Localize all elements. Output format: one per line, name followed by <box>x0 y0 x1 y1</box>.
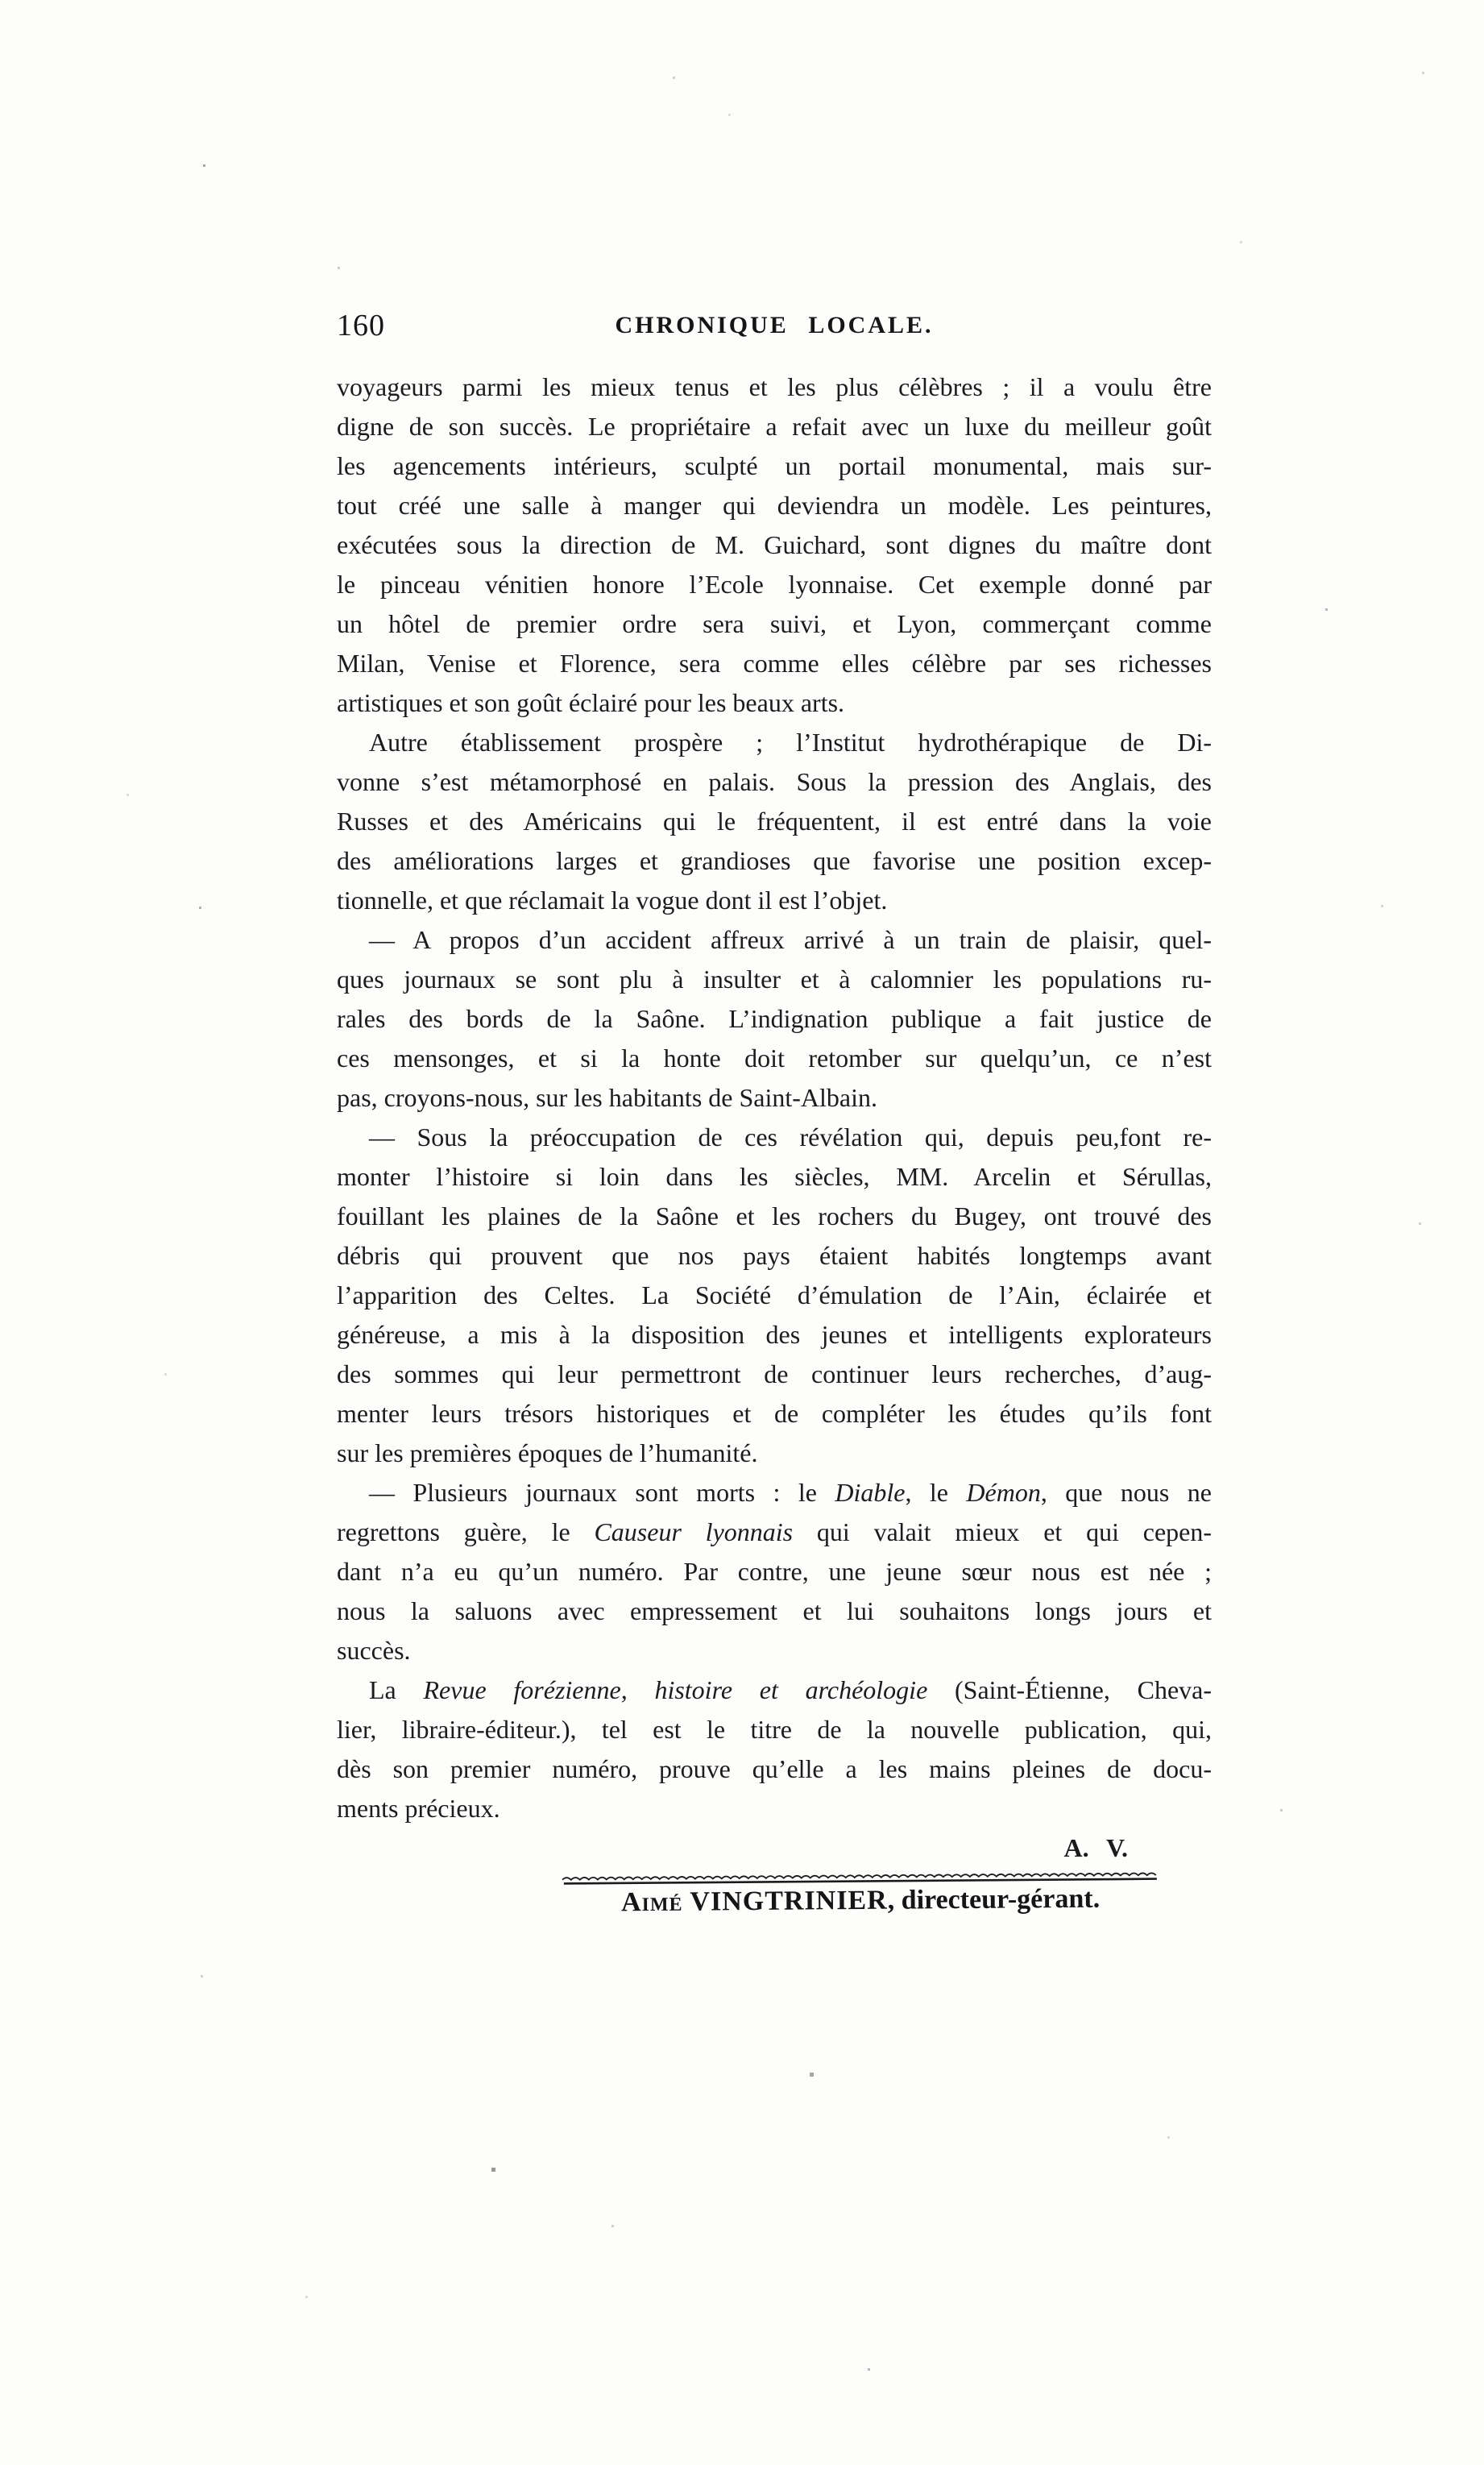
text-line: un hôtel de premier ordre sera suivi, et… <box>337 604 1212 644</box>
text-line: artistiques et son goût éclairé pour les… <box>337 683 1212 723</box>
page-content: 160 CHRONIQUE LOCALE. voyageurs parmi le… <box>337 308 1212 1916</box>
text-line: les agencements intérieurs, sculpté un p… <box>337 446 1212 486</box>
text-line: des sommes qui leur permettront de conti… <box>337 1355 1212 1394</box>
footer-surname: VINGTRINIER <box>682 1886 887 1917</box>
signoff: A. V. <box>337 1828 1212 1868</box>
text-line: Autre établissement prospère ; l’Institu… <box>337 723 1212 762</box>
text-line: tionnelle, et que réclamait la vogue don… <box>337 881 1212 920</box>
text-line: des améliorations larges et grandioses q… <box>337 841 1212 881</box>
text-line: exécutées sous la direction de M. Guicha… <box>337 525 1212 565</box>
scan-noise <box>0 0 1 1</box>
footer: Aimé VINGTRINIER, directeur-gérant. <box>562 1870 1159 1919</box>
footer-role: , directeur-gérant. <box>888 1884 1101 1915</box>
text-line: tout créé une salle à manger qui deviend… <box>337 486 1212 525</box>
paragraph: La Revue forézienne, histoire et archéol… <box>337 1670 1212 1828</box>
text-line: — A propos d’un accident affreux arrivé … <box>337 920 1212 960</box>
footer-signature: Aimé VINGTRINIER, directeur-gérant. <box>562 1883 1159 1919</box>
text-line: digne de son succès. Le propriétaire a r… <box>337 407 1212 446</box>
text-line: sur les premières époques de l’humanité. <box>337 1434 1212 1473</box>
text-line: voyageurs parmi les mieux tenus et les p… <box>337 367 1212 407</box>
text-line: ments précieux. <box>337 1789 1212 1828</box>
text-line: dès son premier numéro, prouve qu’elle a… <box>337 1749 1212 1789</box>
text-line: succès. <box>337 1631 1212 1670</box>
text-line: débris qui prouvent que nos pays étaient… <box>337 1236 1212 1276</box>
text-line: — Plusieurs journaux sont morts : le Dia… <box>337 1473 1212 1513</box>
text-line: — Sous la préoccupation de ces révélatio… <box>337 1118 1212 1157</box>
paragraph: — Plusieurs journaux sont morts : le Dia… <box>337 1473 1212 1670</box>
scanned-page: { "page": { "number": "160", "header_tit… <box>0 0 1484 2465</box>
text-line: Milan, Venise et Florence, sera comme el… <box>337 644 1212 683</box>
paragraph: — A propos d’un accident affreux arrivé … <box>337 920 1212 1118</box>
text-line: ques journaux se sont plu à insulter et … <box>337 960 1212 999</box>
footer-name: Aimé <box>621 1887 683 1918</box>
text-line: La Revue forézienne, histoire et archéol… <box>337 1670 1212 1710</box>
text-column: voyageurs parmi les mieux tenus et les p… <box>337 367 1212 1828</box>
page-header: 160 CHRONIQUE LOCALE. <box>337 308 1212 345</box>
text-line: dant n’a eu qu’un numéro. Par contre, un… <box>337 1552 1212 1591</box>
text-line: le pinceau vénitien honore l’Ecole lyonn… <box>337 565 1212 604</box>
text-line: regrettons guère, le Causeur lyonnais qu… <box>337 1513 1212 1552</box>
text-line: pas, croyons-nous, sur les habitants de … <box>337 1078 1212 1118</box>
paragraph: voyageurs parmi les mieux tenus et les p… <box>337 367 1212 723</box>
text-line: ces mensonges, et si la honte doit retom… <box>337 1039 1212 1078</box>
text-line: lier, libraire-éditeur.), tel est le tit… <box>337 1710 1212 1749</box>
text-line: monter l’histoire si loin dans les siècl… <box>337 1157 1212 1197</box>
text-line: vonne s’est métamorphosé en palais. Sous… <box>337 762 1212 802</box>
text-line: rales des bords de la Saône. L’indignati… <box>337 999 1212 1039</box>
paragraph: Autre établissement prospère ; l’Institu… <box>337 723 1212 920</box>
text-line: nous la saluons avec empressement et lui… <box>337 1591 1212 1631</box>
text-line: généreuse, a mis à la disposition des je… <box>337 1315 1212 1355</box>
text-line: fouillant les plaines de la Saône et les… <box>337 1197 1212 1236</box>
page-title: CHRONIQUE LOCALE. <box>337 312 1212 339</box>
text-line: menter leurs trésors historiques et de c… <box>337 1394 1212 1434</box>
paragraph: — Sous la préoccupation de ces révélatio… <box>337 1118 1212 1473</box>
text-line: Russes et des Américains qui le fréquent… <box>337 802 1212 841</box>
text-line: l’apparition des Celtes. La Société d’ém… <box>337 1276 1212 1315</box>
